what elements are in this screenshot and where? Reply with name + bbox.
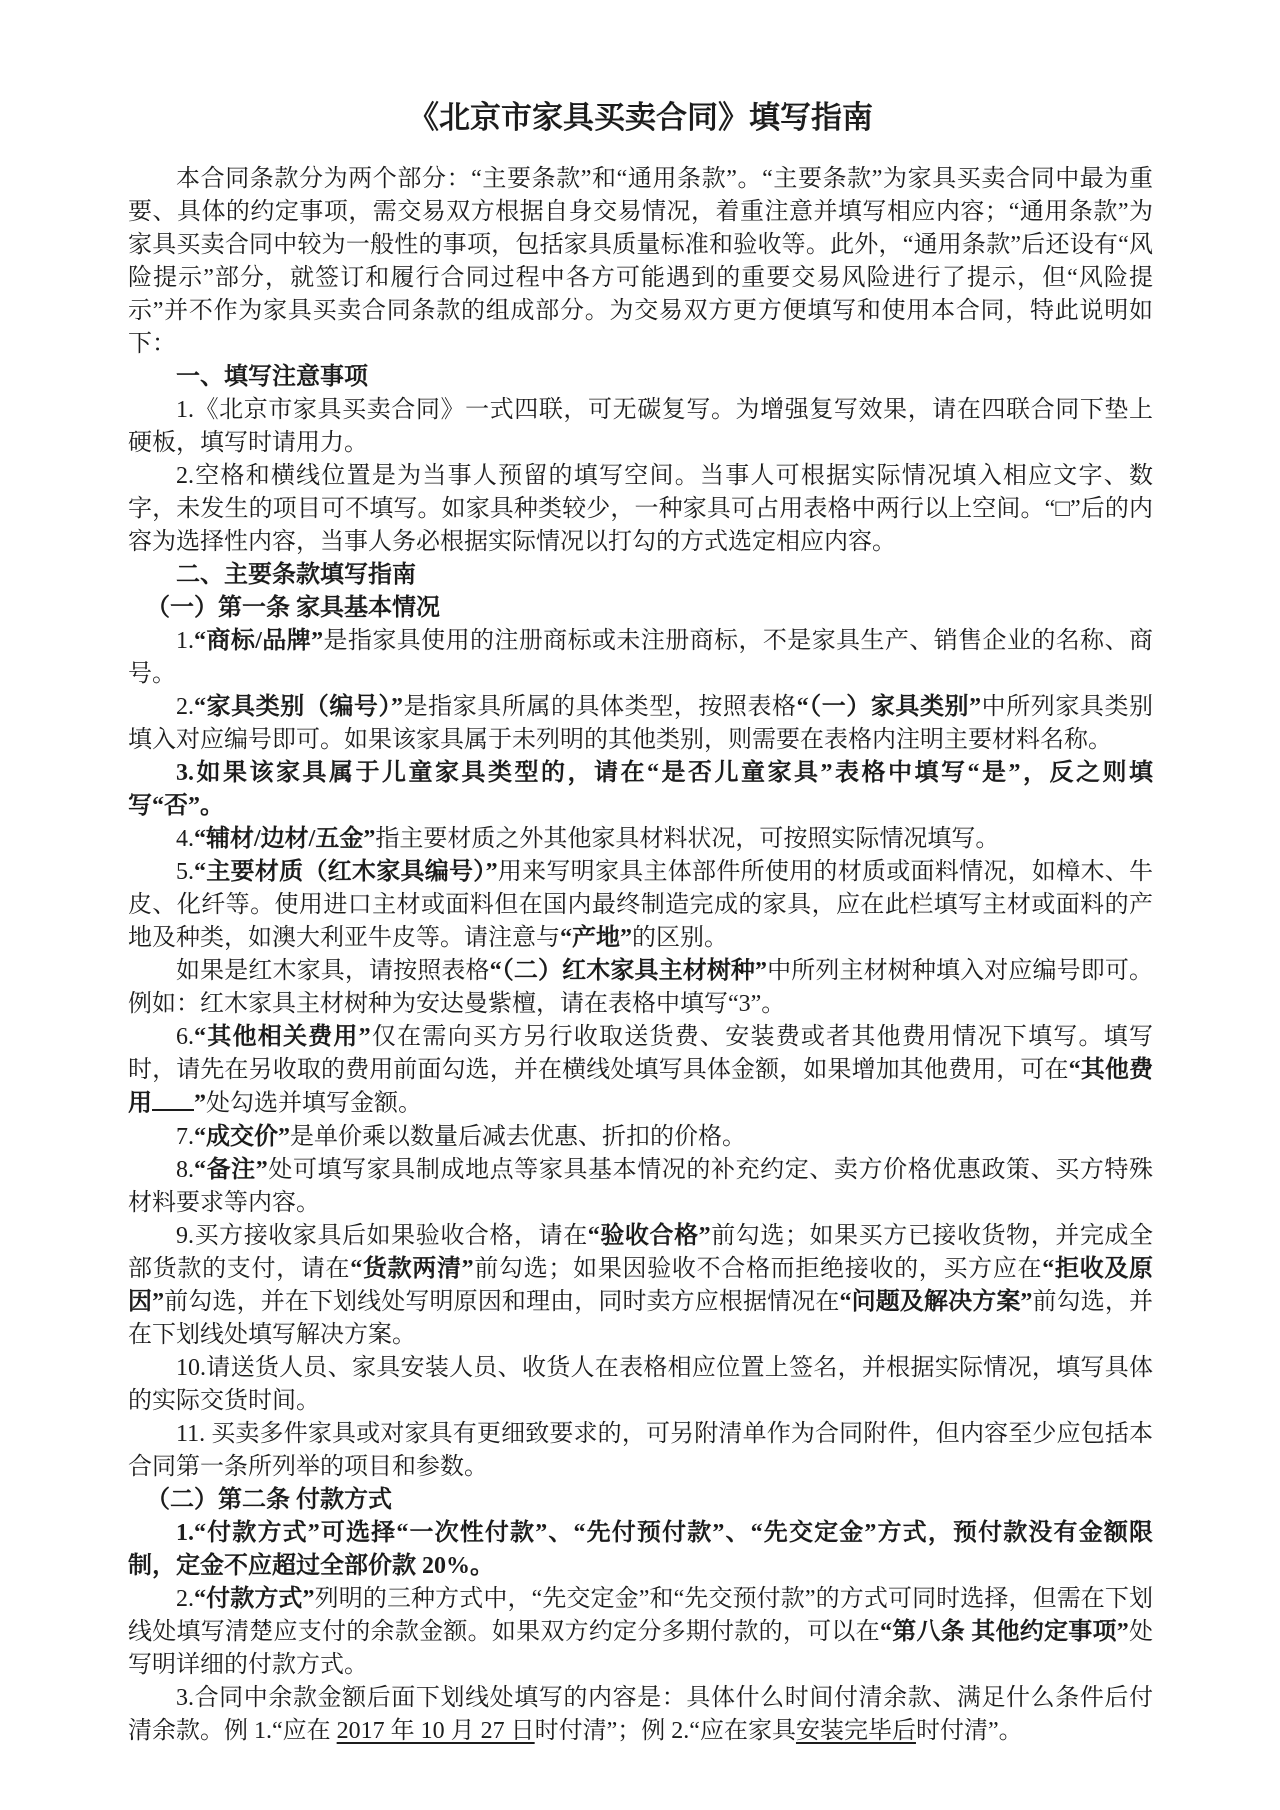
text-run: 7. <box>176 1124 194 1150</box>
text-run: 二、主要条款填写指南 <box>176 562 416 588</box>
text-run: “付款方式” <box>194 1586 315 1612</box>
paragraph: 1.“付款方式”可选择“一次性付款”、“先付预付款”、“先交定金”方式，预付款没… <box>128 1517 1153 1583</box>
text-run: “辅材/边材/五金” <box>194 826 375 852</box>
text-run: 处可填写家具制成地点等家具基本情况的补充约定、卖方价格优惠政策、买方特殊材料要求… <box>128 1157 1153 1216</box>
paragraph: 8.“备注”处可填写家具制成地点等家具基本情况的补充约定、卖方价格优惠政策、买方… <box>128 1154 1153 1220</box>
text-run: “（一）家具类别” <box>797 694 982 720</box>
text-run: 2.空格和横线位置是为当事人预留的填写空间。当事人可根据实际情况填入相应文字、数… <box>128 463 1153 555</box>
text-run: 本合同条款分为两个部分：“主要条款”和“通用条款”。“主要条款”为家具买卖合同中… <box>128 166 1153 357</box>
section-heading: 二、主要条款填写指南 <box>128 559 1153 592</box>
fill-in-blank <box>152 1087 194 1111</box>
text-run: 4. <box>176 826 194 852</box>
text-run: 时付清”；例 2.“应在家具 <box>535 1718 796 1744</box>
text-run: “家具类别（编号）” <box>194 694 403 720</box>
text-run: 的区别。 <box>632 925 728 951</box>
text-run: “其他相关费用” <box>194 1024 371 1050</box>
section-heading: （一）第一条 家具基本情况 <box>128 592 1153 625</box>
document-body: 本合同条款分为两个部分：“主要条款”和“通用条款”。“主要条款”为家具买卖合同中… <box>128 163 1153 1748</box>
text-run: 指主要材质之外其他家具材料状况，可按照实际情况填写。 <box>375 826 999 852</box>
paragraph: 9.买方接收家具后如果验收合格，请在“验收合格”前勾选；如果买方已接收货物，并完… <box>128 1220 1153 1352</box>
paragraph: 11. 买卖多件家具或对家具有更细致要求的，可另附清单作为合同附件，但内容至少应… <box>128 1418 1153 1484</box>
text-run: 2. <box>176 694 194 720</box>
paragraph: 3.如果该家具属于儿童家具类型的，请在“是否儿童家具”表格中填写“是”，反之则填… <box>128 757 1153 823</box>
paragraph: 2.空格和横线位置是为当事人预留的填写空间。当事人可根据实际情况填入相应文字、数… <box>128 460 1153 559</box>
text-run: 2. <box>176 1586 194 1612</box>
text-run: “验收合格” <box>588 1223 711 1249</box>
paragraph: 本合同条款分为两个部分：“主要条款”和“通用条款”。“主要条款”为家具买卖合同中… <box>128 163 1153 361</box>
paragraph: 如果是红木家具，请按照表格“（二）红木家具主材树种”中所列主材树种填入对应编号即… <box>128 955 1153 1021</box>
text-run: 1.“付款方式”可选择“一次性付款”、“先付预付款”、“先交定金”方式，预付款没… <box>128 1520 1153 1579</box>
text-run: 是指家具所属的具体类型，按照表格 <box>403 694 797 720</box>
text-run: 一、填写注意事项 <box>176 364 368 390</box>
text-run: “备注” <box>194 1157 268 1183</box>
section-heading: 一、填写注意事项 <box>128 361 1153 394</box>
paragraph: 1.《北京市家具买卖合同》一式四联，可无碳复写。为增强复写效果，请在四联合同下垫… <box>128 394 1153 460</box>
paragraph: 7.“成交价”是单价乘以数量后减去优惠、折扣的价格。 <box>128 1121 1153 1154</box>
text-run: 9.买方接收家具后如果验收合格，请在 <box>176 1223 588 1249</box>
text-run: 5. <box>176 859 194 885</box>
paragraph: 3.合同中余款金额后面下划线处填写的内容是：具体什么时间付清余款、满足什么条件后… <box>128 1682 1153 1748</box>
text-run: 安装完毕后 <box>796 1718 916 1744</box>
text-run: 时付清”。 <box>916 1718 1023 1744</box>
text-run: “主要材质（红木家具编号）” <box>194 859 498 885</box>
text-run: 10.请送货人员、家具安装人员、收货人在表格相应位置上签名，并根据实际情况，填写… <box>128 1355 1153 1414</box>
text-run: 1.《北京市家具买卖合同》一式四联，可无碳复写。为增强复写效果，请在四联合同下垫… <box>128 397 1153 456</box>
text-run: 3.如果该家具属于儿童家具类型的，请在“是否儿童家具”表格中填写“是”，反之则填… <box>128 760 1153 819</box>
text-run: “产地” <box>560 925 632 951</box>
paragraph: 10.请送货人员、家具安装人员、收货人在表格相应位置上签名，并根据实际情况，填写… <box>128 1352 1153 1418</box>
paragraph: 4.“辅材/边材/五金”指主要材质之外其他家具材料状况，可按照实际情况填写。 <box>128 823 1153 856</box>
text-run: 是单价乘以数量后减去优惠、折扣的价格。 <box>290 1124 746 1150</box>
text-run: 6. <box>176 1024 194 1050</box>
text-run: 前勾选，并在下划线处写明原因和理由，同时卖方应根据情况在 <box>164 1289 839 1315</box>
document-page: 《北京市家具买卖合同》填写指南 本合同条款分为两个部分：“主要条款”和“通用条款… <box>0 0 1280 1748</box>
paragraph: 2.“付款方式”列明的三种方式中，“先交定金”和“先交预付款”的方式可同时选择，… <box>128 1583 1153 1682</box>
text-run: 如果是红木家具，请按照表格 <box>176 958 490 984</box>
text-run: “成交价” <box>194 1124 290 1150</box>
text-run: 11. 买卖多件家具或对家具有更细致要求的，可另附清单作为合同附件，但内容至少应… <box>128 1421 1153 1480</box>
text-run: 2017 年 10 月 27 日 <box>337 1718 535 1744</box>
text-run: “（二）红木家具主材树种” <box>490 958 767 984</box>
text-run: （一）第一条 家具基本情况 <box>146 595 440 621</box>
section-heading: （二）第二条 付款方式 <box>128 1484 1153 1517</box>
text-run: “商标/品牌” <box>194 628 323 654</box>
doc-title: 《北京市家具买卖合同》填写指南 <box>128 98 1153 138</box>
text-run: 8. <box>176 1157 194 1183</box>
text-run: “第八条 其他约定事项” <box>880 1619 1129 1645</box>
text-run: “问题及解决方案” <box>840 1289 1033 1315</box>
paragraph: 2.“家具类别（编号）”是指家具所属的具体类型，按照表格“（一）家具类别”中所列… <box>128 691 1153 757</box>
text-run: ” <box>194 1091 206 1117</box>
paragraph: 6.“其他相关费用”仅在需向买方另行收取送货费、安装费或者其他费用情况下填写。填… <box>128 1021 1153 1121</box>
text-run: 前勾选；如果因验收不合格而拒绝接收的，买方应在 <box>474 1256 1043 1282</box>
text-run: 处勾选并填写金额。 <box>206 1091 422 1117</box>
paragraph: 1.“商标/品牌”是指家具使用的注册商标或未注册商标，不是家具生产、销售企业的名… <box>128 625 1153 691</box>
paragraph: 5.“主要材质（红木家具编号）”用来写明家具主体部件所使用的材质或面料情况，如樟… <box>128 856 1153 955</box>
text-run: 1. <box>176 628 194 654</box>
text-run: （二）第二条 付款方式 <box>146 1487 392 1513</box>
text-run: “货款两清” <box>350 1256 473 1282</box>
